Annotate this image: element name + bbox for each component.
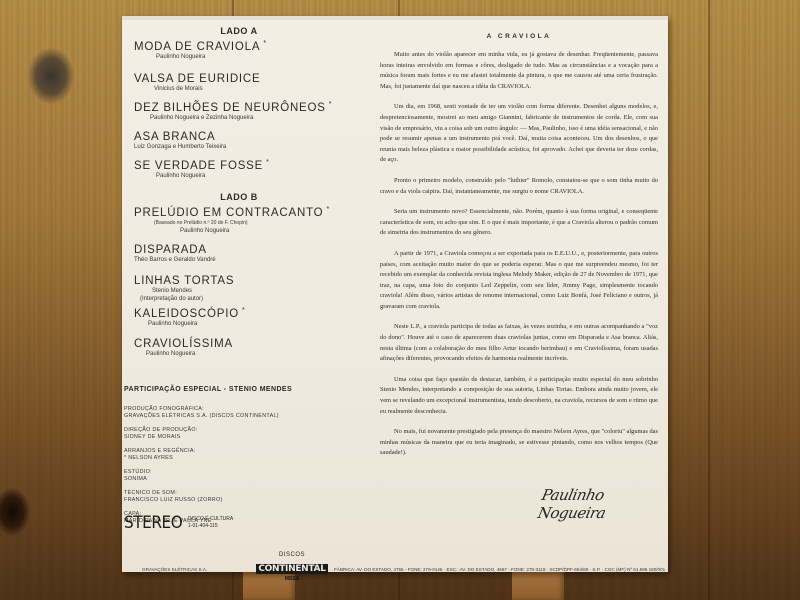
track-title-text: DISPARADA — [134, 244, 207, 256]
sleeve-edge-shade — [122, 16, 668, 20]
essay-paragraph: No mais, fui novamente prestigiado pela … — [380, 427, 658, 459]
logo-sub-text: MSSA — [252, 576, 332, 582]
essay-paragraph: Muito antes do violão aparecer em minha … — [380, 50, 658, 92]
catalog-number: 1-01-404-115 — [188, 523, 233, 530]
composer-star: * — [242, 307, 246, 314]
credit-value: SIDNEY DE MORAIS — [124, 434, 364, 441]
track-credit: Théo Barros e Geraldo Vandré — [134, 256, 216, 264]
track-title: MODA DE CRAVIOLA* — [134, 40, 267, 53]
track-title-text: DEZ BILHÕES DE NEURÔNEOS — [134, 102, 326, 114]
essay-paragraph: Neste L.P., a craviola participa de toda… — [380, 322, 658, 364]
track-title: ASA BRANCA — [134, 131, 226, 143]
track-note: (Interpretação do autor) — [140, 295, 234, 303]
track-credit: Paulinho Nogueira — [148, 320, 246, 328]
track-item: PRELÚDIO EM CONTRACANTO* (Baseado no Pre… — [134, 206, 330, 235]
production-credits: PARTICIPAÇÃO ESPECIAL - STENIO MENDES PR… — [124, 386, 364, 525]
credit-value: * NELSON AYRES — [124, 455, 364, 462]
track-item: KALEIDOSCÓPIO* Paulinho Nogueira — [134, 307, 246, 328]
track-title-text: KALEIDOSCÓPIO — [134, 308, 239, 320]
credit-label: TÉCNICO DE SOM: — [124, 490, 364, 497]
track-title-text: ASA BRANCA — [134, 131, 216, 143]
track-item: DISPARADA Théo Barros e Geraldo Vandré — [134, 244, 216, 264]
track-item: MODA DE CRAVIOLA* Paulinho Nogueira — [134, 40, 267, 61]
composer-star: * — [266, 159, 270, 166]
credit-item: ESTÚDIO: SONIMA — [124, 469, 364, 483]
credit-item: PRODUÇÃO FONOGRÁFICA: GRAVAÇÕES ELÉTRICA… — [124, 406, 364, 420]
disco-cultura-text: DISCO É CULTURA — [188, 516, 233, 523]
logo-continental-text: CONTINENTAL — [256, 564, 327, 574]
essay-paragraph: Uma coisa que faço questão de destacar, … — [380, 375, 658, 417]
credit-label: DIREÇÃO DE PRODUÇÃO: — [124, 427, 364, 434]
track-item: DEZ BILHÕES DE NEURÔNEOS* Paulinho Nogue… — [134, 101, 332, 122]
footer-company: GRAVAÇÕES ELÉTRICAS S.A. — [142, 567, 207, 572]
track-item: SE VERDADE FOSSE* Paulinho Nogueira — [134, 159, 270, 180]
track-credit: Stenio Mendes — [152, 287, 234, 295]
essay-paragraph: Seria um instrumento novo? Essencialment… — [380, 207, 658, 239]
wood-knot — [28, 48, 74, 104]
composer-star: * — [326, 206, 330, 213]
track-title: CRAVIOLÍSSIMA — [134, 338, 233, 350]
track-credit: Paulinho Nogueira — [156, 53, 267, 61]
liner-notes-essay: A CRAVIOLA Muito antes do violão aparece… — [380, 30, 658, 469]
track-note: (Baseado no Prelúdio n.º 20 de F. Chopin… — [154, 219, 330, 227]
composer-star: * — [263, 40, 267, 47]
track-title: KALEIDOSCÓPIO* — [134, 307, 246, 320]
side-a-label: LADO A — [164, 26, 314, 36]
signature: Paulinho Nogueira — [536, 486, 672, 522]
composer-star: * — [329, 101, 333, 108]
track-title-text: SE VERDADE FOSSE — [134, 160, 263, 172]
wood-plank-seam — [708, 0, 710, 600]
track-item: ASA BRANCA Luiz Gonzaga e Humberto Teixe… — [134, 131, 226, 151]
credit-label: ARRANJOS E REGÊNCIA: — [124, 448, 364, 455]
track-item: VALSA DE EURIDICE Vinicius de Morais — [134, 73, 261, 93]
track-credit: Paulinho Nogueira — [146, 350, 233, 358]
track-item: LINHAS TORTAS Stenio Mendes (Interpretaç… — [134, 275, 234, 303]
credit-value: SONIMA — [124, 476, 364, 483]
track-title-text: MODA DE CRAVIOLA — [134, 41, 260, 53]
track-title: DEZ BILHÕES DE NEURÔNEOS* — [134, 101, 332, 114]
credit-label: PRODUÇÃO FONOGRÁFICA: — [124, 406, 364, 413]
essay-title: A CRAVIOLA — [380, 33, 658, 40]
essay-paragraph: Pronto o primeiro modelo, construído pel… — [380, 176, 658, 197]
track-title: SE VERDADE FOSSE* — [134, 159, 270, 172]
essay-paragraph: Um dia, em 1968, senti vontade de ter um… — [380, 102, 658, 166]
track-title-text: VALSA DE EURIDICE — [134, 73, 261, 85]
track-credit: Vinicius de Morais — [154, 85, 261, 93]
track-credit: Paulinho Nogueira — [156, 172, 270, 180]
credit-value: GRAVAÇÕES ELÉTRICAS S.A. (DISCOS CONTINE… — [124, 413, 364, 420]
disco-e-cultura-badge: DISCO É CULTURA 1-01-404-115 — [188, 516, 233, 530]
track-title: LINHAS TORTAS — [134, 275, 234, 287]
track-item: CRAVIOLÍSSIMA Paulinho Nogueira — [134, 338, 233, 358]
footer-address: FÁBRICA: AV. DO ESTADO, 4755 - FONE: 279… — [334, 567, 685, 572]
continental-logo: DISCOS CONTINENTAL MSSA — [252, 552, 332, 582]
essay-paragraph: A partir de 1971, a Craviola começou a s… — [380, 249, 658, 313]
logo-discos-text: DISCOS — [252, 552, 332, 558]
track-credit: Luiz Gonzaga e Humberto Teixeira — [134, 143, 226, 151]
track-credit: Paulinho Nogueira — [180, 227, 330, 235]
credit-item: ARRANJOS E REGÊNCIA: * NELSON AYRES — [124, 448, 364, 462]
special-participation: PARTICIPAÇÃO ESPECIAL - STENIO MENDES — [124, 386, 364, 393]
credit-item: TÉCNICO DE SOM: FRANCISCO LUIZ RUSSO (ZO… — [124, 490, 364, 504]
track-credit: Paulinho Nogueira e Zezinha Nogueira — [150, 114, 332, 122]
track-title: DISPARADA — [134, 244, 216, 256]
track-title-text: LINHAS TORTAS — [134, 275, 234, 287]
track-title: PRELÚDIO EM CONTRACANTO* — [134, 206, 330, 219]
record-sleeve-back-cover: LADO A MODA DE CRAVIOLA* Paulinho Noguei… — [122, 16, 668, 572]
wood-knot — [0, 488, 30, 536]
stereo-logo: STEREO — [124, 513, 182, 533]
credit-label: ESTÚDIO: — [124, 469, 364, 476]
track-title-text: PRELÚDIO EM CONTRACANTO — [134, 207, 323, 219]
track-title: VALSA DE EURIDICE — [134, 73, 261, 85]
credit-item: DIREÇÃO DE PRODUÇÃO: SIDNEY DE MORAIS — [124, 427, 364, 441]
side-b-label: LADO B — [164, 192, 314, 202]
track-title-text: CRAVIOLÍSSIMA — [134, 338, 233, 350]
credit-value: FRANCISCO LUIZ RUSSO (ZORRO) — [124, 497, 364, 504]
